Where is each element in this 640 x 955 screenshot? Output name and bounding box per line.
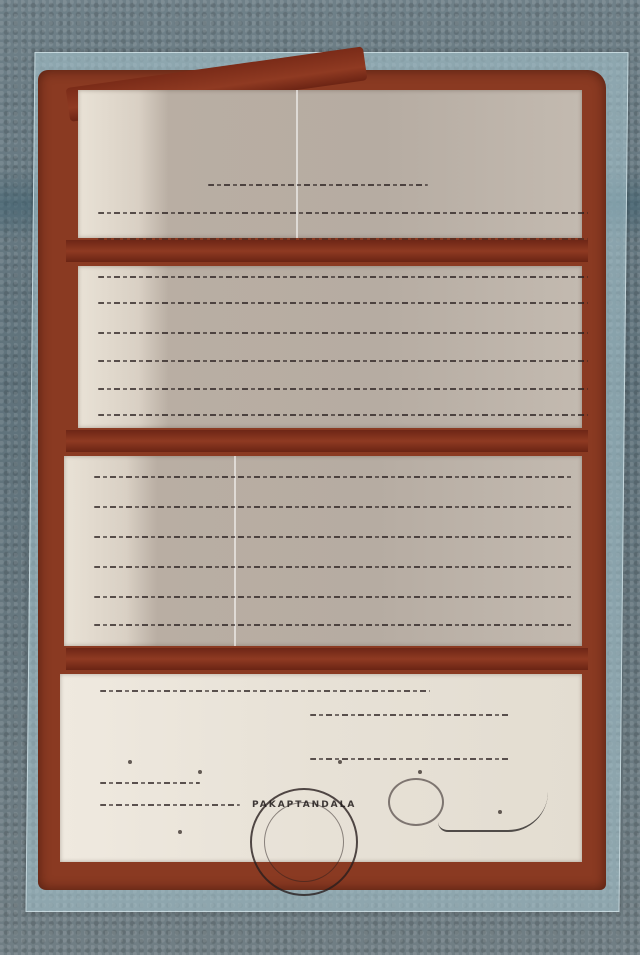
circular-seal-stamp: PAKAPTANDALA [250, 788, 358, 896]
fold-strip-1 [66, 240, 588, 262]
manuscript: PAKAPTANDALA [38, 70, 606, 890]
fold-strip-3 [66, 648, 588, 670]
seal-text: PAKAPTANDALA [252, 800, 356, 810]
ink-ring-stain [388, 778, 444, 826]
manuscript-panel-top [78, 90, 582, 238]
manuscript-panel-2 [78, 266, 582, 428]
fold-strip-2 [66, 430, 588, 452]
manuscript-panel-3 [64, 456, 582, 646]
